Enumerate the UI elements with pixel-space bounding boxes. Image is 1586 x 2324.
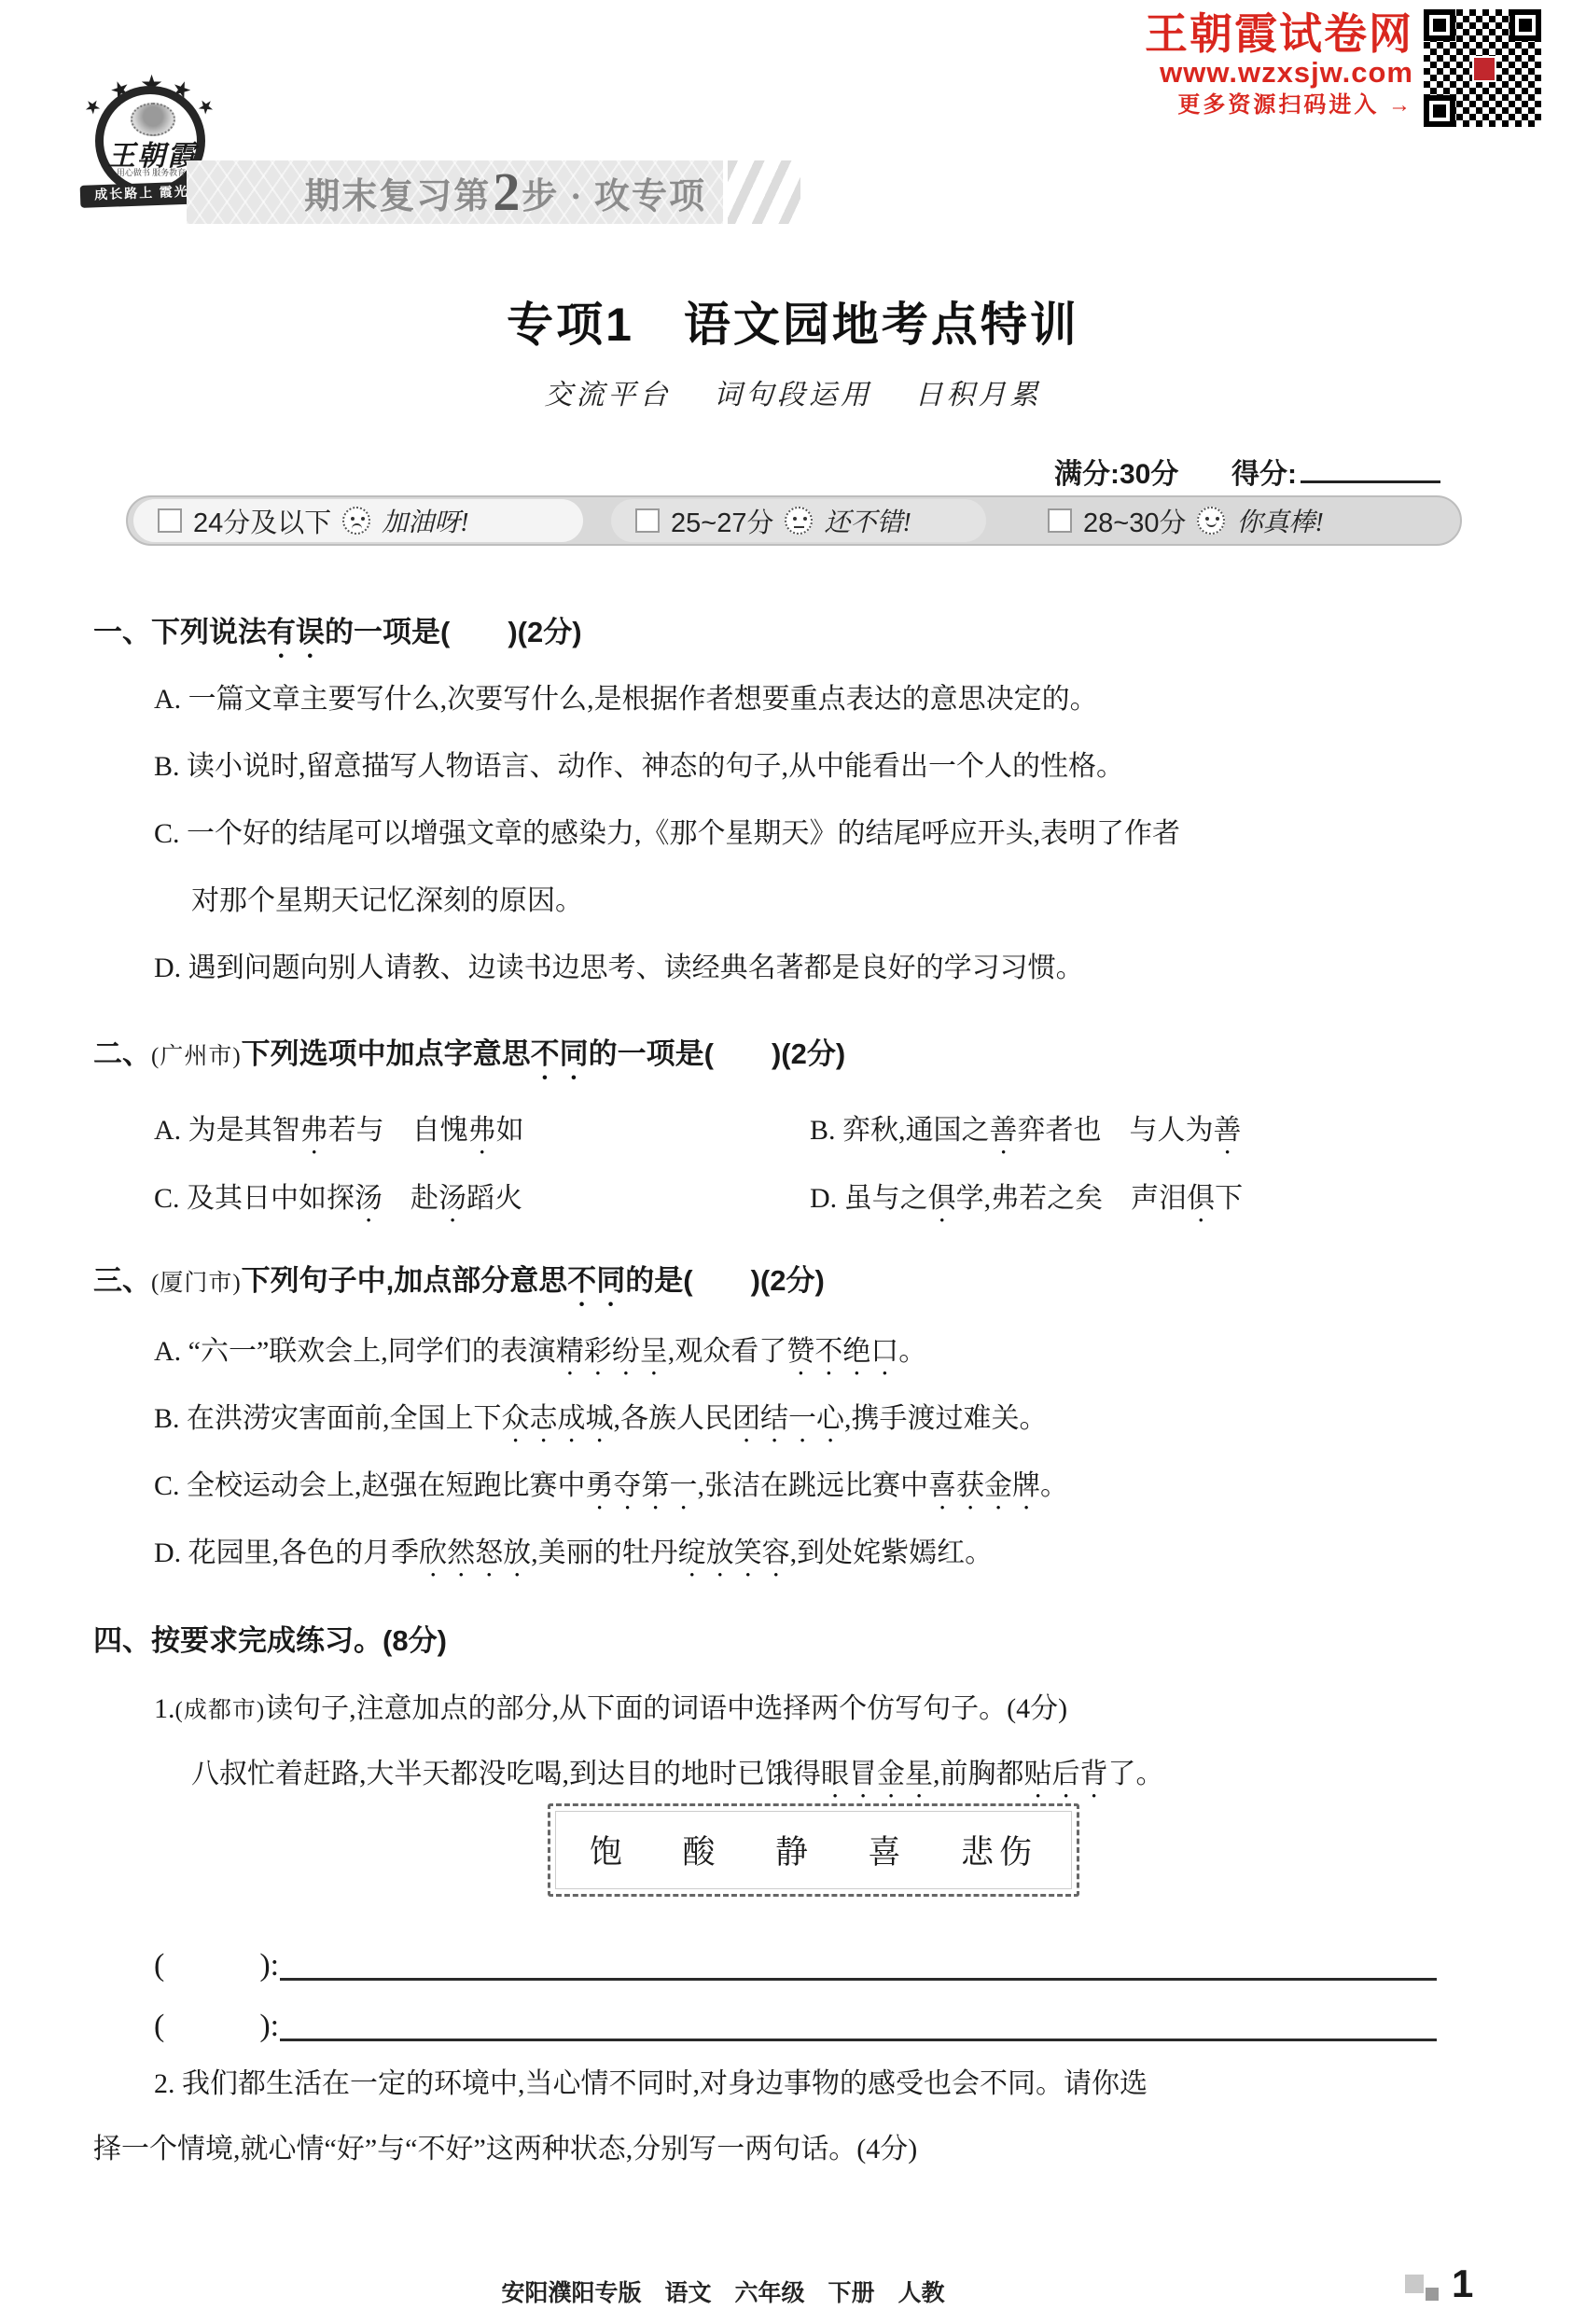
page-title: 专项1 语文园地考点特训 bbox=[0, 287, 1586, 355]
banner-suffix: 步 · 攻专项 bbox=[522, 167, 706, 218]
score-band-item: 25~27分 还不错! bbox=[611, 499, 986, 542]
score-remark: 还不错! bbox=[824, 502, 911, 539]
q1-option-c[interactable]: C. 一个好的结尾可以增强文章的感染力,《那个星期天》的结尾呼应开头,表明了作者 bbox=[154, 810, 1180, 851]
qr-emblem-icon bbox=[1472, 56, 1496, 82]
score-remark: 加油呀! bbox=[382, 502, 468, 539]
q3-title: 三、(厦门市)下列句子中,加点部分意思不同的是( )(2分) bbox=[93, 1257, 825, 1313]
q3-option-c[interactable]: C. 全校运动会上,赵强在短跑比赛中勇夺第一,张洁在跳远比赛中喜获金牌。 bbox=[154, 1462, 1068, 1516]
brand-url: www.wzxsjw.com bbox=[1145, 56, 1413, 90]
full-score-label: 满分:30分 bbox=[1054, 459, 1178, 490]
word-option[interactable]: 饱 bbox=[590, 1827, 628, 1873]
banner-step-number: 2 bbox=[493, 165, 520, 219]
q4-sub2-line1: 2. 我们都生活在一定的环境中,当心情不同时,对身边事物的感受也会不同。请你选 bbox=[154, 2060, 1148, 2101]
q1-option-c-cont: 对那个星期天记忆深刻的原因。 bbox=[191, 877, 583, 918]
score-checkbox[interactable] bbox=[1048, 508, 1072, 533]
q3-option-b[interactable]: B. 在洪涝灾害面前,全国上下众志成城,各族人民团结一心,携手渡过难关。 bbox=[154, 1395, 1048, 1449]
score-range: 28~30分 bbox=[1083, 502, 1186, 540]
word-option[interactable]: 悲伤 bbox=[961, 1827, 1037, 1873]
banner-stripes bbox=[728, 160, 800, 224]
qr-hint: 更多资源扫码进入 → bbox=[1145, 90, 1413, 121]
score-band: 24分及以下 加油呀! 25~27分 还不错! 28~30分 你真棒! bbox=[126, 495, 1462, 546]
qr-finder-icon bbox=[1424, 9, 1455, 41]
step-banner: 期末复习第 2 步 · 攻专项 bbox=[187, 160, 723, 224]
answer1-word-slot[interactable]: ( ): bbox=[154, 1939, 279, 1984]
brand-block: 王朝霞试卷网 www.wzxsjw.com 更多资源扫码进入 → bbox=[1145, 11, 1413, 121]
word-option[interactable]: 静 bbox=[775, 1827, 814, 1873]
q2-option-a[interactable]: A. 为是其智弗若与 自愧弗如 bbox=[154, 1106, 524, 1161]
score-blank[interactable] bbox=[1301, 452, 1440, 483]
q4-sub2-line2: 择一个情境,就心情“好”与“不好”这两种状态,分别写一两句话。(4分) bbox=[93, 2125, 917, 2166]
score-band-item: 24分及以下 加油呀! bbox=[133, 499, 583, 542]
q2-option-d[interactable]: D. 虽与之俱学,弗若之矣 声泪俱下 bbox=[810, 1175, 1243, 1229]
answer2-word-slot[interactable]: ( ): bbox=[154, 1999, 279, 2045]
answer2-line[interactable] bbox=[280, 2039, 1437, 2041]
footer-edition: 安阳濮阳专版 语文 六年级 下册 人教 bbox=[93, 2275, 1353, 2308]
qr-finder-icon bbox=[1509, 9, 1541, 41]
page-number-decor bbox=[1405, 2275, 1424, 2293]
got-score-label: 得分: bbox=[1231, 459, 1297, 490]
brand-name: 王朝霞试卷网 bbox=[1145, 11, 1413, 56]
q2-option-c[interactable]: C. 及其日中如探汤 赴汤蹈火 bbox=[154, 1175, 522, 1229]
q1-option-a[interactable]: A. 一篇文章主要写什么,次要写什么,是根据作者想要重点表达的意思决定的。 bbox=[154, 675, 1098, 717]
word-option[interactable]: 喜 bbox=[868, 1827, 906, 1873]
worksheet-page: 王朝霞试卷网 www.wzxsjw.com 更多资源扫码进入 → ★ ★ ★ ★… bbox=[0, 0, 1586, 2324]
q2-title: 二、(广州市)下列选项中加点字意思不同的一项是( )(2分) bbox=[93, 1030, 845, 1086]
word-choice-box: 饱 酸 静 喜 悲伤 bbox=[548, 1803, 1079, 1897]
page-subtitle: 交流平台 词句段运用 日积月累 bbox=[0, 371, 1586, 412]
score-range: 24分及以下 bbox=[193, 502, 331, 540]
q4-title: 四、按要求完成练习。(8分) bbox=[93, 1617, 447, 1659]
q1-option-b[interactable]: B. 读小说时,留意描写人物语言、动作、神态的句子,从中能看出一个人的性格。 bbox=[154, 743, 1124, 784]
neutral-face-icon bbox=[785, 507, 813, 535]
score-range: 25~27分 bbox=[671, 502, 773, 540]
page-number: 1 bbox=[1452, 2261, 1473, 2306]
score-remark: 你真棒! bbox=[1236, 502, 1323, 539]
banner-prefix: 期末复习第 bbox=[304, 167, 491, 218]
page-number-decor bbox=[1426, 2288, 1439, 2301]
q3-option-d[interactable]: D. 花园里,各色的月季欣然怒放,美丽的牡丹绽放笑容,到处姹紫嫣红。 bbox=[154, 1529, 993, 1583]
portrait-photo bbox=[131, 103, 175, 136]
word-option[interactable]: 酸 bbox=[682, 1827, 720, 1873]
sad-face-icon bbox=[342, 507, 370, 535]
q4-sub1: 1.(成都市)读句子,注意加点的部分,从下面的词语中选择两个仿写句子。(4分) bbox=[154, 1685, 1067, 1726]
qr-finder-icon bbox=[1424, 95, 1455, 127]
q1-title: 一、下列说法有误的一项是( )(2分) bbox=[93, 608, 582, 664]
score-checkbox[interactable] bbox=[635, 508, 660, 533]
answer1-line[interactable] bbox=[280, 1978, 1437, 1981]
q2-option-b[interactable]: B. 弈秋,通国之善弈者也 与人为善 bbox=[810, 1106, 1242, 1161]
happy-face-icon bbox=[1197, 507, 1225, 535]
qr-code bbox=[1424, 9, 1541, 127]
q3-option-a[interactable]: A. “六一”联欢会上,同学们的表演精彩纷呈,观众看了赞不绝口。 bbox=[154, 1328, 926, 1382]
q1-option-d[interactable]: D. 遇到问题向别人请教、边读书边思考、读经典名著都是良好的学习习惯。 bbox=[154, 944, 1084, 985]
score-line: 满分:30分 得分: bbox=[1054, 451, 1440, 492]
score-checkbox[interactable] bbox=[158, 508, 182, 533]
q4-example-sentence: 八叔忙着赶路,大半天都没吃喝,到达目的地时已饿得眼冒金星,前胸都贴后背了。 bbox=[191, 1750, 1164, 1804]
score-band-item: 28~30分 你真棒! bbox=[1023, 499, 1348, 542]
